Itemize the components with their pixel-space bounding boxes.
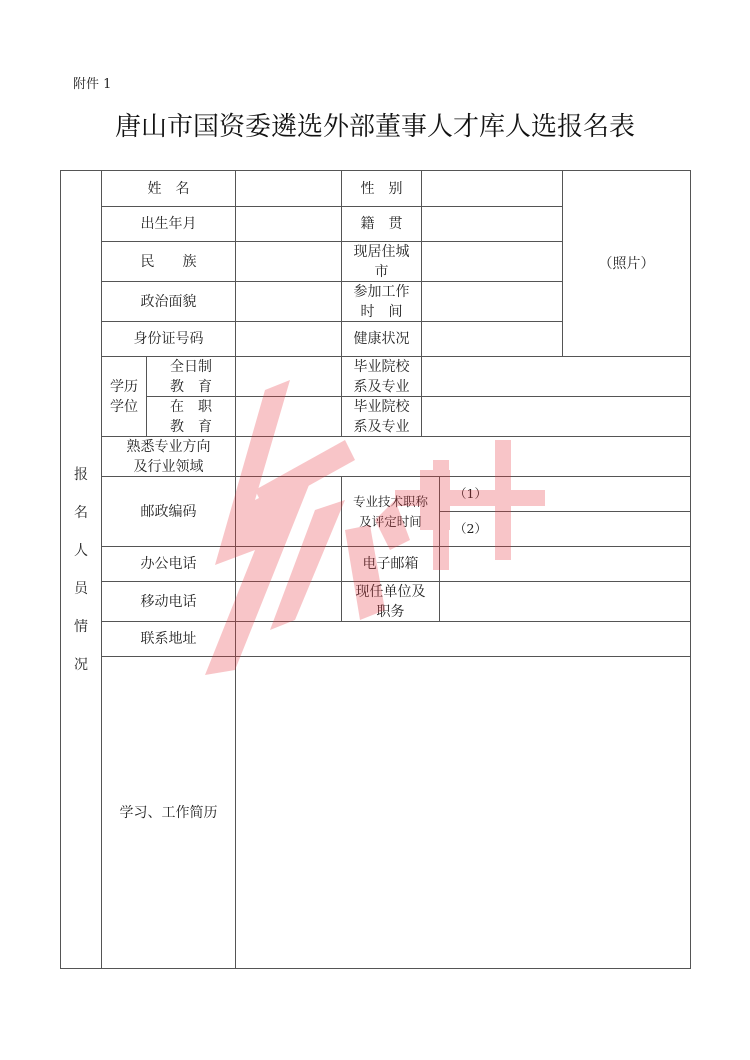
birth-label: 出生年月	[101, 206, 236, 242]
name-field[interactable]	[235, 170, 342, 207]
expertise-field[interactable]	[235, 436, 691, 477]
address-label: 联系地址	[101, 621, 236, 657]
title-field-2[interactable]: （2）	[439, 511, 691, 547]
inservice-edu-label: 在 职教 育	[146, 396, 236, 437]
political-status-field[interactable]	[235, 281, 342, 322]
section-label: 报 名 人 员 情 况	[60, 170, 102, 969]
work-start-label: 参加工作时 间	[341, 281, 422, 322]
professional-title-label: 专业技术职称及评定时间	[341, 476, 440, 547]
health-label: 健康状况	[341, 321, 422, 357]
section-char: 名	[74, 494, 88, 532]
fulltime-edu-field[interactable]	[235, 356, 342, 397]
email-label: 电子邮箱	[341, 546, 440, 582]
expertise-label: 熟悉专业方向及行业领域	[101, 436, 236, 477]
attachment-label: 附件 1	[73, 73, 111, 92]
office-phone-field[interactable]	[235, 546, 342, 582]
section-char: 员	[74, 570, 88, 608]
title-item-1-label: （1）	[454, 484, 487, 504]
native-place-label: 籍 贯	[341, 206, 422, 242]
fulltime-edu-label: 全日制教 育	[146, 356, 236, 397]
mobile-label: 移动电话	[101, 581, 236, 622]
inservice-edu-field[interactable]	[235, 396, 342, 437]
fulltime-school-label: 毕业院校系及专业	[341, 356, 422, 397]
ethnicity-field[interactable]	[235, 241, 342, 282]
section-char: 情	[74, 608, 88, 646]
health-field[interactable]	[421, 321, 563, 357]
email-field[interactable]	[439, 546, 691, 582]
resume-field[interactable]	[235, 656, 691, 969]
id-number-field[interactable]	[235, 321, 342, 357]
inservice-school-label: 毕业院校系及专业	[341, 396, 422, 437]
mobile-field[interactable]	[235, 581, 342, 622]
title-field-1[interactable]: （1）	[439, 476, 691, 512]
id-number-label: 身份证号码	[101, 321, 236, 357]
postal-code-field[interactable]	[235, 476, 342, 547]
address-field[interactable]	[235, 621, 691, 657]
photo-box[interactable]: （照片）	[562, 170, 691, 357]
ethnicity-label: 民 族	[101, 241, 236, 282]
native-place-field[interactable]	[421, 206, 563, 242]
inservice-school-field[interactable]	[421, 396, 691, 437]
current-position-field[interactable]	[439, 581, 691, 622]
residence-city-label: 现居住城市	[341, 241, 422, 282]
residence-city-field[interactable]	[421, 241, 563, 282]
section-char: 人	[74, 532, 88, 570]
office-phone-label: 办公电话	[101, 546, 236, 582]
birth-field[interactable]	[235, 206, 342, 242]
section-char: 况	[74, 646, 88, 684]
fulltime-school-field[interactable]	[421, 356, 691, 397]
current-position-label: 现任单位及职务	[341, 581, 440, 622]
gender-field[interactable]	[421, 170, 563, 207]
gender-label: 性 别	[341, 170, 422, 207]
political-status-label: 政治面貌	[101, 281, 236, 322]
section-char: 报	[74, 456, 88, 494]
name-label: 姓 名	[101, 170, 236, 207]
photo-label: （照片）	[599, 254, 655, 274]
title-item-2-label: （2）	[454, 519, 487, 539]
resume-label: 学习、工作简历	[101, 656, 236, 969]
education-group-label: 学历学位	[101, 356, 147, 437]
postal-code-label: 邮政编码	[101, 476, 236, 547]
work-start-field[interactable]	[421, 281, 563, 322]
page-title: 唐山市国资委遴选外部董事人才库人选报名表	[0, 106, 750, 143]
